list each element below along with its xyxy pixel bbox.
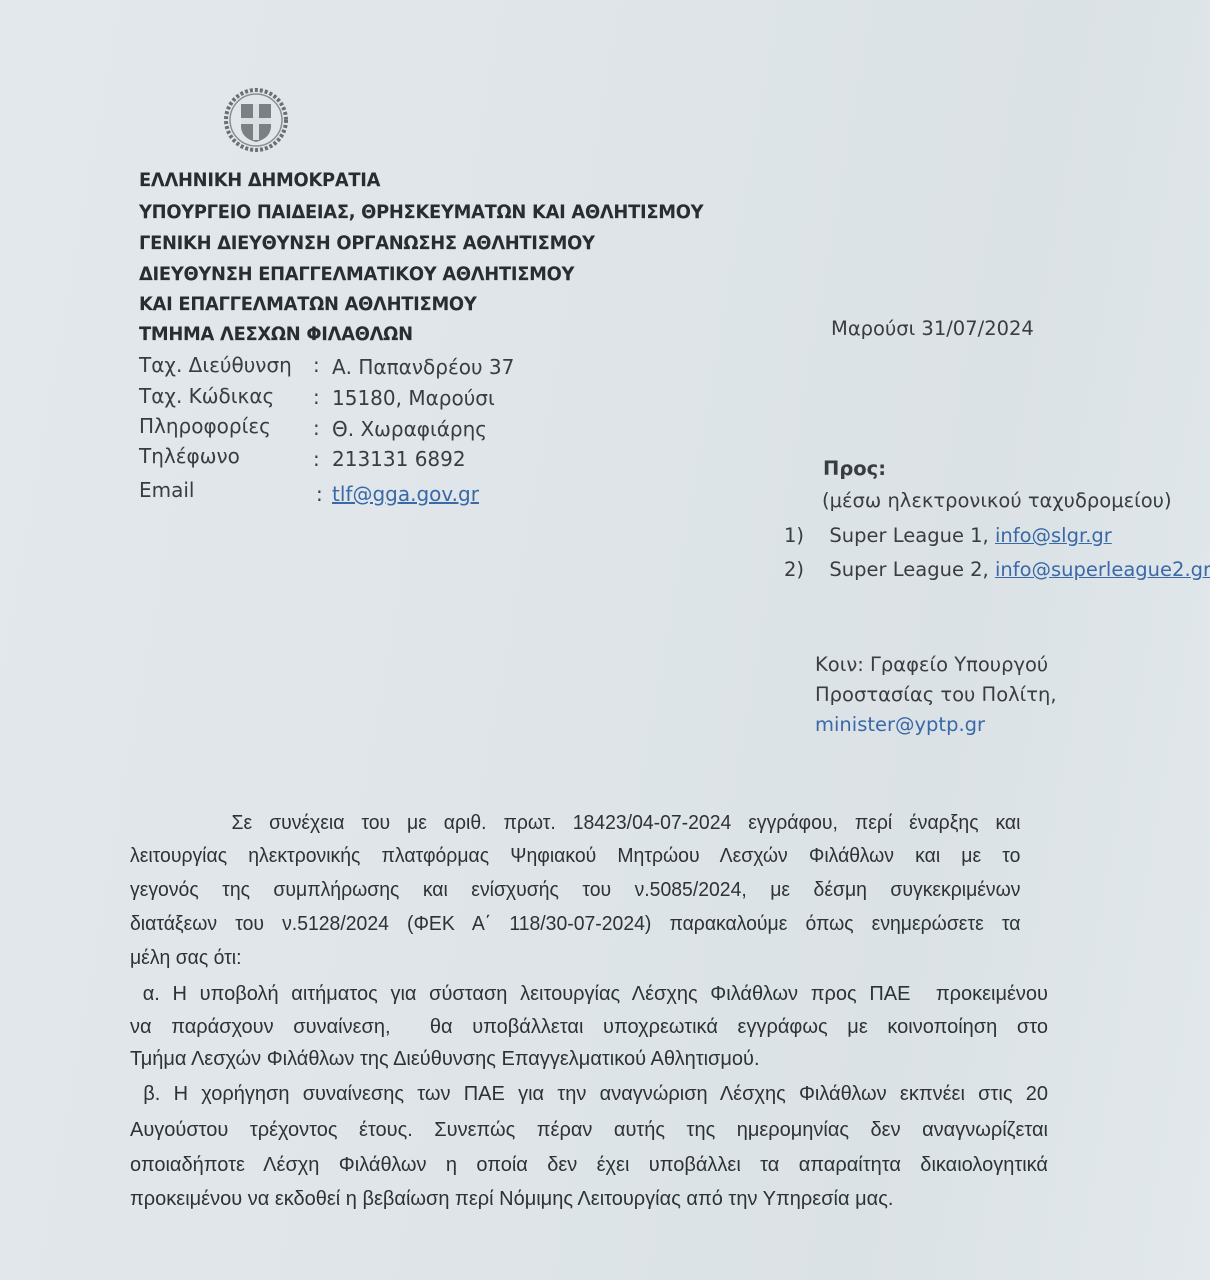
body-line: γεγονός της συμπλήρωσης και ενίσχυσής το…: [130, 879, 1020, 902]
contact-colon: :: [313, 447, 320, 471]
recipient-number: 2): [784, 558, 804, 581]
body-line: Σε συνέχεια του με αριθ. πρωτ. 18423/04-…: [130, 812, 1020, 835]
contact-colon: :: [313, 353, 320, 377]
cc-email-link[interactable]: minister@yptp.gr: [815, 713, 985, 736]
contact-label-info: Πληροφορίες: [139, 414, 271, 438]
body-line: Αυγούστου τρέχοντος έτους. Συνεπώς πέραν…: [130, 1119, 1048, 1142]
body-line: προκειμένου να εκδοθεί η βεβαίωση περί Ν…: [130, 1188, 1048, 1211]
recipients-via: (μέσω ηλεκτρονικού ταχυδρομείου): [822, 489, 1172, 512]
cc-line-1: Κοιν: Γραφείο Υπουργού: [815, 653, 1048, 676]
recipient-email-link[interactable]: info@slgr.gr: [995, 524, 1112, 547]
recipient-number: 1): [784, 524, 804, 547]
contact-colon: :: [313, 385, 320, 409]
header-directorate: ΔΙΕΥΘΥΝΣΗ ΕΠΑΓΓΕΛΜΑΤΙΚΟΥ ΑΘΛΗΤΙΣΜΟΥ: [139, 263, 574, 285]
header-department: ΤΜΗΜΑ ΛΕΣΧΩΝ ΦΙΛΑΘΛΩΝ: [139, 323, 413, 345]
recipients-heading: Προς:: [823, 457, 886, 480]
body-line: α. Η υποβολή αιτήματος για σύσταση λειτο…: [130, 983, 1048, 1006]
contact-email-link[interactable]: tlf@gga.gov.gr: [332, 482, 479, 506]
body-line: λειτουργίας ηλεκτρονικής πλατφόρμας Ψηφι…: [130, 845, 1020, 868]
body-line: διατάξεων του ν.5128/2024 (ΦΕΚ Α΄ 118/30…: [130, 913, 1020, 936]
contact-value-address: Α. Παπανδρέου 37: [332, 355, 514, 379]
recipient-name: Super League 2,: [829, 558, 995, 581]
contact-label-address: Ταχ. Διεύθυνση: [139, 353, 292, 377]
body-line: β. Η χορήγηση συναίνεσης των ΠΑΕ για την…: [130, 1083, 1048, 1106]
contact-value-postcode: 15180, Μαρούσι: [332, 386, 495, 410]
header-ministry: ΥΠΟΥΡΓΕΙΟ ΠΑΙΔΕΙΑΣ, ΘΡΗΣΚΕΥΜΑΤΩΝ ΚΑΙ ΑΘΛ…: [139, 201, 703, 223]
contact-colon: :: [313, 416, 320, 440]
recipient-item: 2) Super League 2, info@superleague2.gr: [784, 558, 1210, 581]
contact-colon: :: [316, 482, 323, 506]
recipient-email-link[interactable]: info@superleague2.gr: [995, 558, 1210, 581]
header-country: ΕΛΛΗΝΙΚΗ ΔΗΜΟΚΡΑΤΙΑ: [139, 169, 380, 191]
body-line: μέλη σας ότι:: [130, 947, 1020, 970]
contact-label-phone: Τηλέφωνο: [139, 444, 240, 468]
cc-line-2: Προστασίας του Πολίτη,: [815, 683, 1057, 706]
header-general-directorate: ΓΕΝΙΚΗ ΔΙΕΥΘΥΝΣΗ ΟΡΓΑΝΩΣΗΣ ΑΘΛΗΤΙΣΜΟΥ: [139, 232, 595, 254]
contact-value-phone: 213131 6892: [332, 447, 466, 471]
body-line: Τμήμα Λεσχών Φιλάθλων της Διεύθυνσης Επα…: [130, 1048, 1048, 1071]
recipient-name: Super League 1,: [829, 524, 995, 547]
date-line: Μαρούσι 31/07/2024: [831, 317, 1034, 340]
greek-coat-of-arms-icon: [222, 86, 290, 154]
body-line: να παράσχουν συναίνεση, θα υποβάλλεται υ…: [130, 1016, 1048, 1039]
body-line: οποιαδήποτε Λέσχη Φιλάθλων η οποία δεν έ…: [130, 1154, 1048, 1177]
contact-label-email: Email: [139, 478, 195, 502]
contact-label-postcode: Ταχ. Κώδικας: [139, 384, 274, 408]
recipient-item: 1) Super League 1, info@slgr.gr: [784, 524, 1112, 547]
contact-value-info: Θ. Χωραφιάρης: [332, 417, 487, 441]
header-directorate-cont: ΚΑΙ ΕΠΑΓΓΕΛΜΑΤΩΝ ΑΘΛΗΤΙΣΜΟΥ: [139, 293, 476, 315]
